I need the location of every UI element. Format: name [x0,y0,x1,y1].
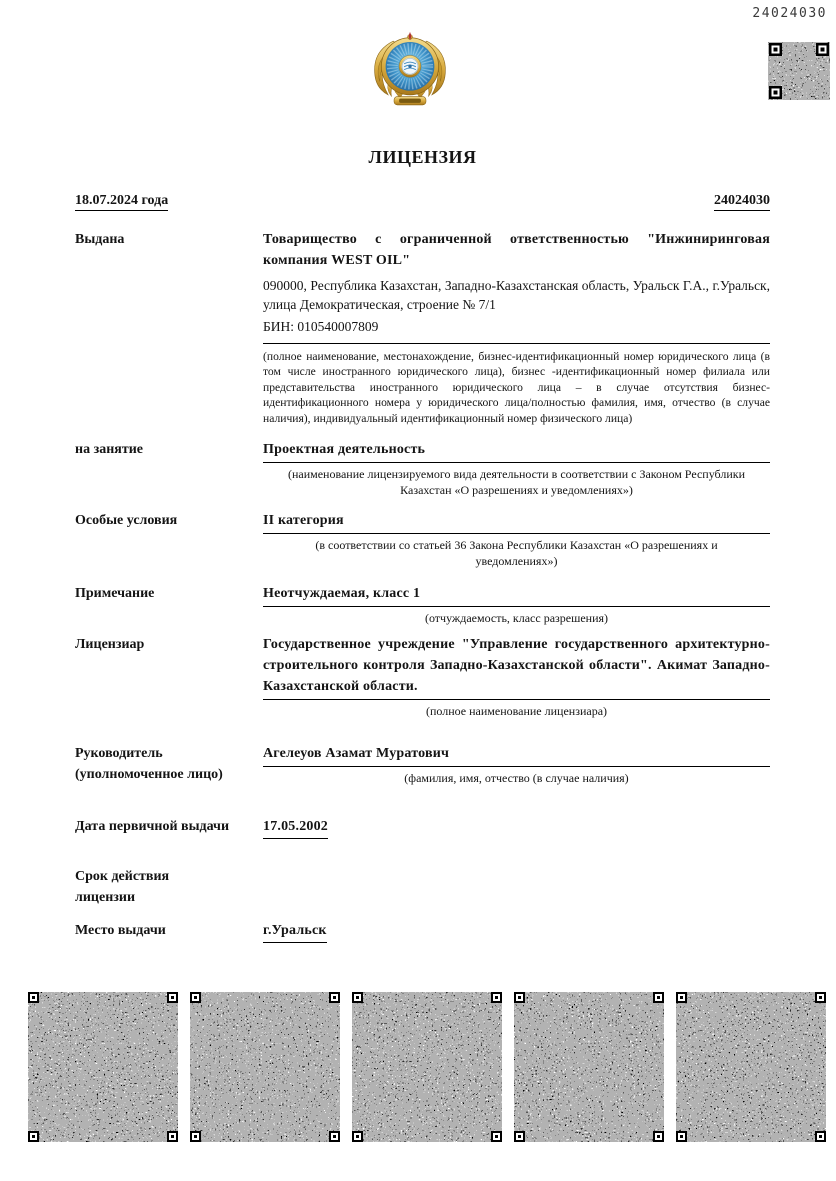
row-first-issue: Дата первичной выдачи 17.05.2002 [75,816,770,839]
head-label: Руководитель (уполномоченное лицо) [75,743,263,786]
row-note: Примечание Неотчуждаемая, класс 1 (отчуж… [75,583,770,626]
barcode-block [676,992,826,1142]
license-document: 24024030 [0,0,836,1181]
issue-date: 18.07.2024 года [75,193,168,211]
licensee-bin: БИН: 010540007809 [263,318,770,337]
qr-graphic [768,42,830,100]
barcode-corner-marker [815,1131,826,1142]
barcode-corner-marker [329,1131,340,1142]
barcode-block [352,992,502,1142]
barcode-block [190,992,340,1142]
licensee-address: 090000, Республика Казахстан, Западно-Ка… [263,277,770,314]
licensee-name: Товарищество с ограниченной ответственно… [263,229,770,271]
row-activity: на занятие Проектная деятельность (наиме… [75,439,770,498]
head-label-line1: Руководитель [75,743,263,764]
barcode-corner-marker [329,992,340,1003]
licensor-label: Лицензиар [75,634,263,719]
barcode-corner-marker [28,1131,39,1142]
licensor-caption: (полное наименование лицензиара) [287,703,747,719]
issue-place-value: г.Уральск [263,920,327,943]
note-value: Неотчуждаемая, класс 1 [263,583,770,607]
barcode-corner-marker [514,1131,525,1142]
first-issue-value: 17.05.2002 [263,816,328,839]
validity-label: Срок действия лицензии [75,866,263,908]
barcode-corner-marker [190,992,201,1003]
barcode-corner-marker [352,992,363,1003]
row-validity: Срок действия лицензии [75,866,770,908]
head-caption: (фамилия, имя, отчество (в случае наличи… [287,770,747,786]
special-conditions-label: Особые условия [75,510,263,569]
license-number: 24024030 [714,193,770,211]
first-issue-label: Дата первичной выдачи [75,816,263,839]
issued-to-caption: (полное наименование, местонахождение, б… [263,349,770,427]
barcode-corner-marker [491,1131,502,1142]
note-caption: (отчуждаемость, класс разрешения) [287,610,747,626]
row-head: Руководитель (уполномоченное лицо) Агеле… [75,743,770,786]
barcode-corner-marker [676,992,687,1003]
row-licensor: Лицензиар Государственное учреждение "Уп… [75,634,770,719]
qr-code-icon [768,42,830,100]
barcode-corner-marker [167,992,178,1003]
licensor-value: Государственное учреждение "Управление г… [263,634,770,700]
barcode-block [514,992,664,1142]
row-special-conditions: Особые условия II категория (в соответст… [75,510,770,569]
barcode-corner-marker [815,992,826,1003]
barcode-corner-marker [676,1131,687,1142]
barcode-corner-marker [491,992,502,1003]
page-title: ЛИЦЕНЗИЯ [75,0,770,168]
special-conditions-value: II категория [263,510,770,534]
barcode-corner-marker [28,992,39,1003]
row-issue-place: Место выдачи г.Уральск [75,920,770,943]
barcode-corner-marker [514,992,525,1003]
special-conditions-caption: (в соответствии со статьей 36 Закона Рес… [287,537,747,569]
row-issued-to: Выдана Товарищество с ограниченной ответ… [75,229,770,426]
activity-value: Проектная деятельность [263,439,770,463]
date-row: 18.07.2024 года 24024030 [75,193,770,211]
head-label-line2: (уполномоченное лицо) [75,764,263,785]
barcode-corner-marker [352,1131,363,1142]
document-body: ЛИЦЕНЗИЯ 18.07.2024 года 24024030 Выдана… [75,0,770,943]
validity-label-line1: Срок действия [75,866,263,887]
barcode-corner-marker [190,1131,201,1142]
barcode-block [28,992,178,1142]
issued-to-label: Выдана [75,229,263,426]
field-rule [263,343,770,344]
validity-label-line2: лицензии [75,887,263,908]
activity-label: на занятие [75,439,263,498]
barcode-corner-marker [653,1131,664,1142]
barcode-corner-marker [653,992,664,1003]
issue-place-label: Место выдачи [75,920,263,943]
head-value: Агелеуов Азамат Муратович [263,743,770,767]
note-label: Примечание [75,583,263,626]
barcode-corner-marker [167,1131,178,1142]
barcode-strip [28,992,826,1142]
activity-caption: (наименование лицензируемого вида деятел… [287,466,747,498]
